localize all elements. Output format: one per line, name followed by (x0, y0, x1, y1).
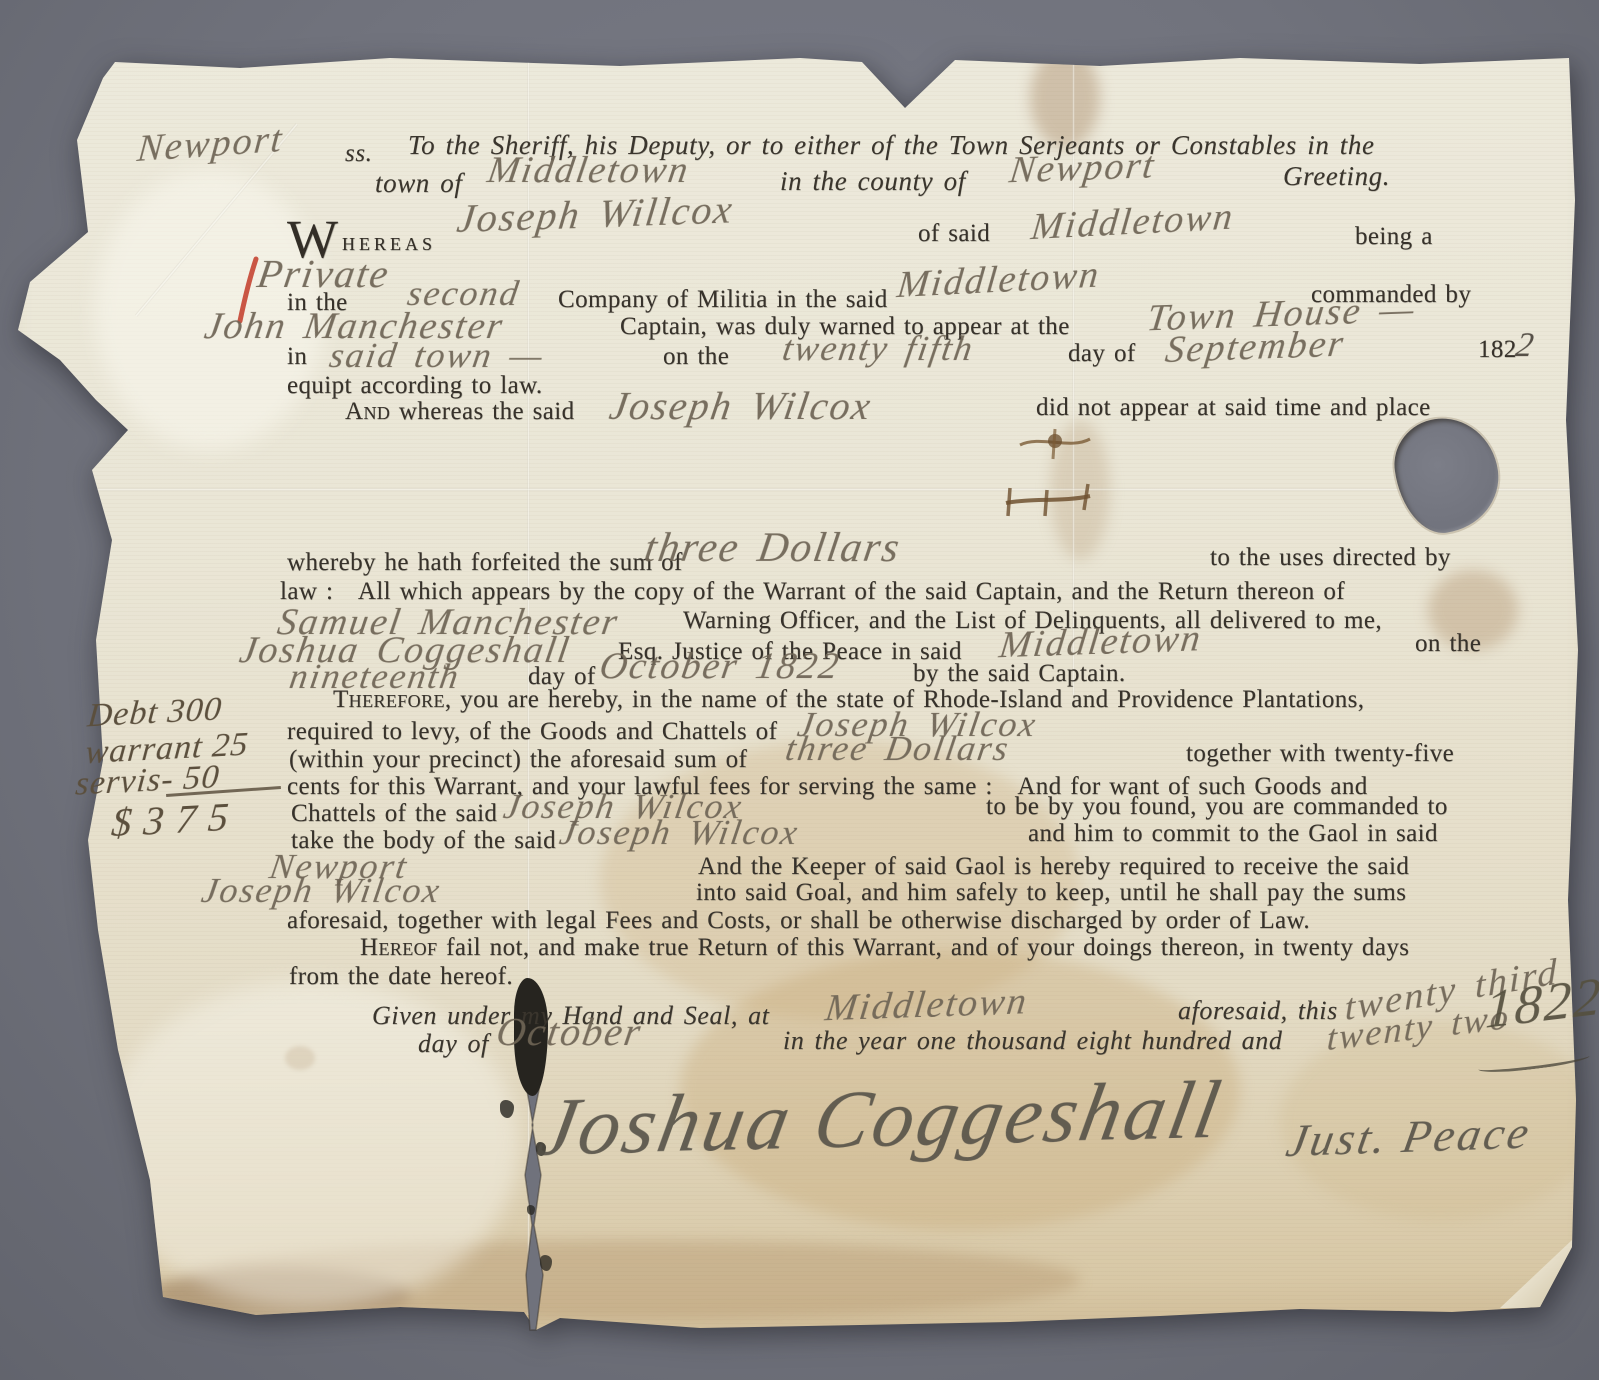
print-and-lead: And (345, 398, 390, 425)
hw-warn-month: September (1163, 322, 1348, 372)
hw-delivery-month-year: October 1822 (597, 644, 844, 688)
print-together: together with twenty-five (1186, 740, 1454, 768)
print-hereof-line: Hereof fail not, and make true Return of… (360, 934, 1409, 962)
print-chattels: Chattels of the said (291, 800, 497, 828)
print-county-of: in the county of (780, 166, 966, 197)
print-equipt: equipt according to law. (287, 372, 543, 400)
stitch-mark-upper (1015, 425, 1095, 465)
print-aforesaid-this: aforesaid, this (1178, 996, 1338, 1026)
print-whereby: whereby he hath forfeited the sum of (287, 549, 683, 577)
print-year-words: in the year one thousand eight hundred a… (783, 1026, 1282, 1056)
print-day-of-3: day of (418, 1029, 489, 1059)
print-day-of: day of (1068, 340, 1136, 368)
hw-margin-total: $375 (110, 793, 243, 847)
hw-county: Newport (1007, 143, 1158, 192)
print-uses: to the uses directed by (1210, 544, 1451, 572)
print-found: to be by you found, you are commanded to (986, 793, 1448, 821)
photographed-warrant-document: Newport ss. To the Sheriff, his Deputy, … (0, 0, 1599, 1380)
print-in: in (287, 343, 307, 371)
print-year-182: 182 (1478, 336, 1517, 364)
hw-town: Middletown (485, 148, 694, 192)
print-town-of: town of (375, 168, 462, 199)
print-company-line: Company of Militia in the said (558, 286, 888, 314)
hw-defendant-name: Joseph Willcox (454, 185, 736, 242)
print-being-a: being a (1355, 223, 1433, 251)
print-and-whereas: And whereas the said (345, 398, 575, 426)
hw-name5: Joseph Wilcox (557, 811, 803, 853)
print-and-rest: whereas the said (390, 398, 574, 425)
hw-name2: Joseph Wilcox (606, 382, 875, 429)
print-by-captain: by the said Captain. (913, 660, 1126, 688)
print-precinct: (within your precinct) the aforesaid sum… (289, 746, 747, 774)
hw-warn-day: twenty fifth (780, 327, 978, 369)
hw-sum: three Dollars (641, 524, 904, 572)
print-aforesaid-line: aforesaid, together with legal Fees and … (287, 907, 1310, 935)
print-commit: and him to commit to the Gaol in said (1028, 820, 1438, 848)
print-therefore-lead: Therefore, (333, 686, 452, 713)
fold-crease-horizontal (95, 488, 1575, 491)
hw-closing-month: October (493, 1008, 646, 1055)
print-hereof-rest: fail not, and make true Return of this W… (437, 934, 1409, 961)
hw-said-town: said town — (327, 334, 548, 376)
print-required: required to levy, of the Goods and Chatt… (287, 718, 777, 746)
print-from-date: from the date hereof. (289, 963, 513, 991)
hw-signature-title: Just. Peace (1282, 1106, 1536, 1167)
print-on-the-2: on the (1415, 630, 1481, 658)
print-on-the: on the (663, 343, 729, 371)
hw-name6: Joseph Wilcox (199, 869, 445, 911)
print-did-not-appear: did not appear at said time and place (1036, 394, 1431, 422)
print-hereof-lead: Hereof (360, 934, 437, 961)
print-keeper: And the Keeper of said Gaol is hereby re… (698, 853, 1409, 881)
print-greeting: Greeting. (1283, 161, 1390, 192)
print-into-goal: into said Goal, and him safely to keep, … (696, 879, 1406, 907)
stitch-mark-lower (1000, 478, 1095, 523)
hw-sum2: three Dollars (783, 727, 1013, 769)
hw-signature-name: Joshua Coggeshall (531, 1063, 1229, 1175)
print-ss: ss. (345, 140, 373, 168)
hw-town5: Middletown (823, 979, 1031, 1030)
print-of-said: of said (918, 220, 990, 248)
